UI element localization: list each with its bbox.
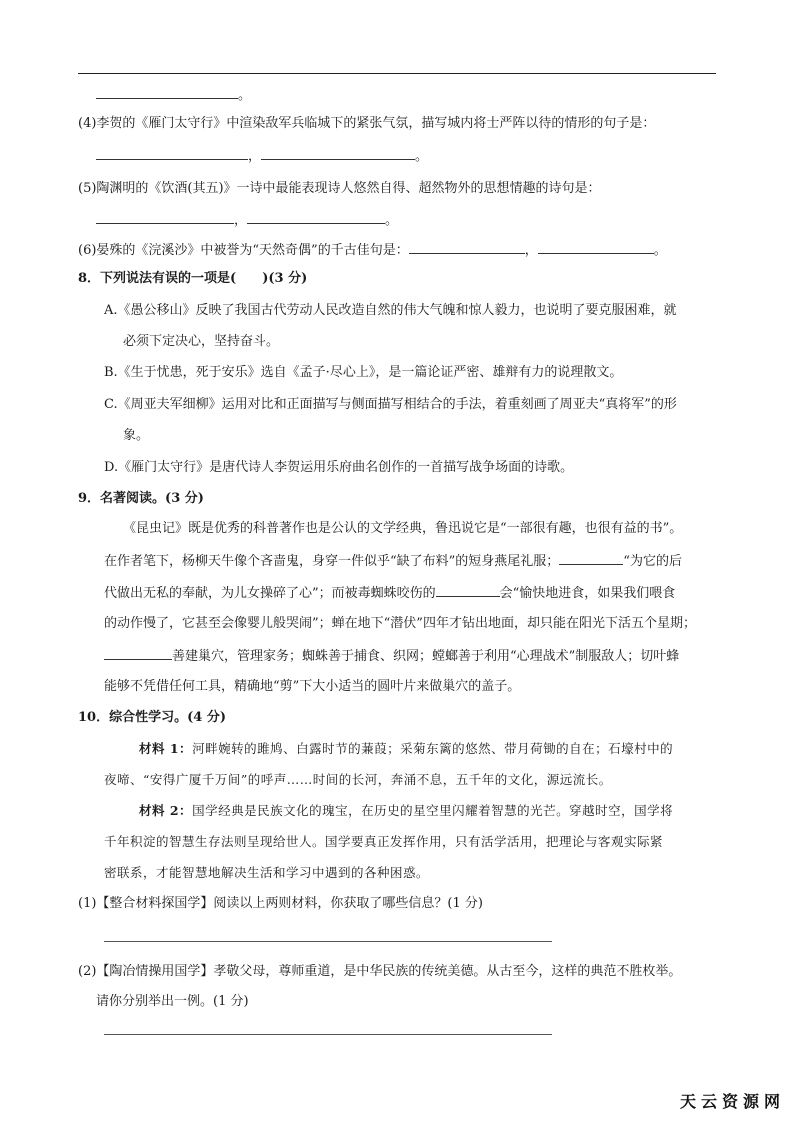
q10-material-1: 材料 1：河畔婉转的雎鸠、白露时节的蒹葭；采菊东篱的悠然、带月荷锄的自在；石壕村… — [139, 740, 673, 758]
q9-paragraph-line: 的动作慢了，它甚至会像婴儿般哭闹”；蝉在地下“潜伏”四年才钻出地面，却只能在阳光… — [104, 615, 696, 633]
answer-blank[interactable] — [538, 241, 654, 254]
q8-option-b: B.《生于忧患，死于安乐》选自《孟子·尽心上》，是一篇论证严密、雄辩有力的说理散… — [104, 364, 622, 382]
q10-sub2-answer-line[interactable] — [104, 1034, 552, 1035]
q9-paragraph-line: 代做出无私的奉献，为儿女操碎了心”；而被毒蜘蛛咬伤的会“愉快地进食，如果我们喂食 — [104, 584, 675, 603]
q7-5-answer-line: ，。 — [96, 211, 398, 230]
q9-paragraph-line: 在作者笔下，杨柳天牛像个吝啬鬼，身穿一件似乎“缺了布料”的短身燕尾礼服；“为它的… — [104, 552, 682, 571]
q10-sub1-answer-line[interactable] — [104, 941, 552, 942]
q10-sub1-prompt: (1)【整合材料探国学】阅读以上两则材料，你获取了哪些信息？(1 分) — [78, 895, 483, 913]
q9-paragraph-line: 《昆虫记》既是优秀的科普著作也是公认的文学经典，鲁迅说它是“一部很有趣，也很有益… — [123, 520, 682, 538]
answer-blank[interactable] — [96, 211, 234, 224]
answer-blank[interactable] — [247, 211, 385, 224]
watermark-logo: 天云资源网 — [680, 1089, 785, 1112]
q9-paragraph-line: 能够不凭借任何工具，精确地“剪”下大小适当的圆叶片来做巢穴的盖子。 — [104, 678, 520, 696]
answer-blank[interactable] — [409, 241, 525, 254]
answer-blank[interactable] — [104, 647, 172, 660]
q8-title: 8．下列说法有误的一项是( )(3 分) — [78, 270, 307, 288]
q8-option-c-cont: 象。 — [123, 427, 149, 445]
q10-title: 10．综合性学习。(4 分) — [78, 709, 226, 727]
q8-option-a-cont: 必须下定决心，坚持奋斗。 — [123, 333, 279, 351]
q9-paragraph-line: 善建巢穴，管理家务；蜘蛛善于捕食、织网；螳螂善于利用“心理战术”制服敌人；切叶蜂 — [104, 647, 679, 666]
q10-material-1-cont: 夜啼、“安得广厦千万间”的呼声……时间的长河，奔涌不息，五千年的文化，源远流长。 — [104, 771, 612, 789]
q8-option-c: C.《周亚夫军细柳》运用对比和正面描写与侧面描写相结合的手法，着重刻画了周亚夫“… — [104, 396, 677, 414]
q7-4-prompt: (4)李贺的《雁门太守行》中渲染敌军兵临城下的紧张气氛，描写城内将士严阵以待的情… — [78, 115, 655, 133]
answer-blank[interactable] — [559, 552, 623, 565]
q10-material-2-cont: 千年积淀的智慧生存法则呈现给世人。国学要真正发挥作用，只有活学活用，把理论与客观… — [104, 833, 663, 851]
q10-sub2-prompt-cont: 请你分别举出一例。(1 分) — [96, 993, 249, 1011]
answer-blank[interactable] — [261, 147, 415, 160]
q10-material-2: 材料 2：国学经典是民族文化的瑰宝，在历史的星空里闪耀着智慧的光芒。穿越时空，国… — [139, 802, 673, 820]
q10-material-2-cont: 密联系，才能智慧地解决生活和学习中遇到的各种困惑。 — [104, 864, 429, 882]
q7-5-prompt: (5)陶渊明的《饮酒(其五)》一诗中最能表现诗人悠然自得、超然物外的思想情趣的诗… — [78, 180, 601, 198]
q8-option-d: D.《雁门太守行》是唐代诗人李贺运用乐府曲名创作的一首描写战争场面的诗歌。 — [104, 459, 573, 477]
q7-6-prompt: (6)晏殊的《浣溪沙》中被誉为“天然奇偶”的千古佳句是：，。 — [78, 241, 667, 260]
answer-blank[interactable] — [96, 86, 238, 99]
q8-option-a: A.《愚公移山》反映了我国古代劳动人民改造自然的伟大气魄和惊人毅力，也说明了要克… — [104, 302, 677, 320]
answer-blank[interactable] — [96, 147, 248, 160]
q7-3-answer-line: 。 — [96, 86, 251, 105]
q10-sub2-prompt: (2)【陶冶情操用国学】孝敬父母，尊师重道，是中华民族的传统美德。从古至今，这样… — [78, 963, 681, 981]
q7-4-answer-line: ，。 — [96, 147, 428, 166]
q9-title: 9．名著阅读。(3 分) — [78, 490, 204, 508]
top-divider — [78, 73, 716, 74]
answer-blank[interactable] — [436, 584, 500, 597]
